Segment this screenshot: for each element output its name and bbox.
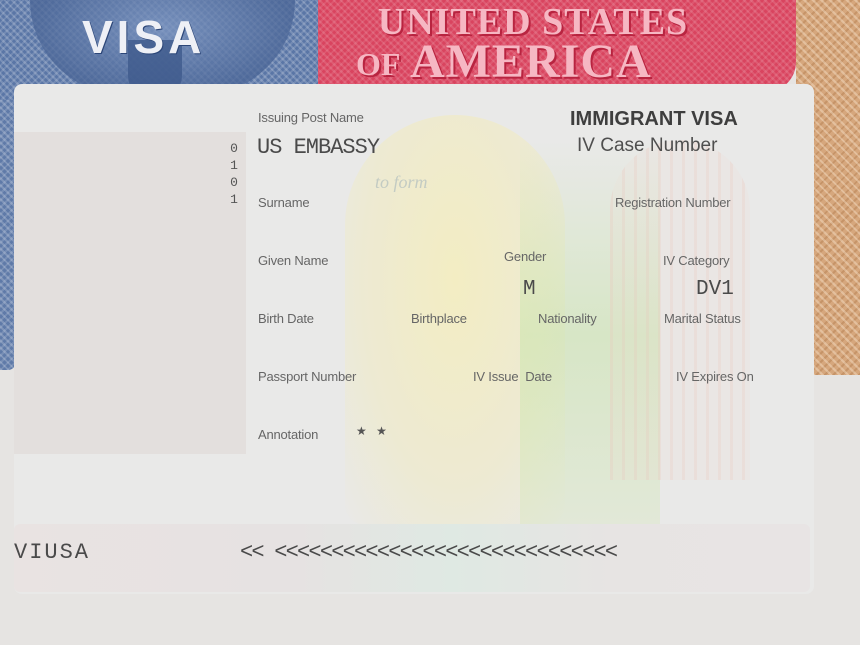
watermark-script: to form — [375, 172, 428, 193]
sequence-digit: 1 — [228, 191, 240, 208]
gender-label: Gender — [504, 249, 546, 264]
visa-heading: VISA — [82, 10, 205, 64]
iv-expires-on-label: IV Expires On — [676, 369, 754, 384]
iv-category-value: DV1 — [696, 278, 734, 301]
surname-label: Surname — [258, 195, 309, 210]
annotation-stars-icon: ★ ★ — [356, 424, 390, 438]
visa-type-title: IMMIGRANT VISA — [570, 108, 738, 131]
sequence-digit: 0 — [228, 174, 240, 191]
iv-category-label: IV Category — [663, 253, 729, 268]
marital-status-label: Marital Status — [664, 311, 741, 326]
birthplace-label: Birthplace — [411, 311, 467, 326]
sequence-digit: 0 — [228, 140, 240, 157]
nationality-label: Nationality — [538, 311, 597, 326]
annotation-label: Annotation — [258, 427, 318, 442]
issuing-post-label: Issuing Post Name — [258, 110, 364, 125]
capitol-watermark-pink — [610, 140, 750, 480]
gender-value: M — [523, 278, 536, 301]
photo-area — [14, 132, 246, 454]
country-name-of: OF — [356, 46, 400, 83]
mrz-line-left: VIUSA — [14, 540, 90, 565]
passport-number-label: Passport Number — [258, 369, 356, 384]
given-name-label: Given Name — [258, 253, 328, 268]
birth-date-label: Birth Date — [258, 311, 314, 326]
sequence-digits: 0 1 0 1 — [228, 140, 240, 208]
sequence-digit: 1 — [228, 157, 240, 174]
iv-issue-date-label: IV Issue Date — [473, 369, 552, 384]
registration-number-label: Registration Number — [615, 195, 730, 210]
country-name-america: AMERICA — [410, 36, 652, 88]
mrz-line-right: << <<<<<<<<<<<<<<<<<<<<<<<<<<<<<< — [240, 540, 616, 565]
issuing-post-value: US EMBASSY — [257, 135, 379, 160]
case-number-label: IV Case Number — [577, 135, 717, 157]
